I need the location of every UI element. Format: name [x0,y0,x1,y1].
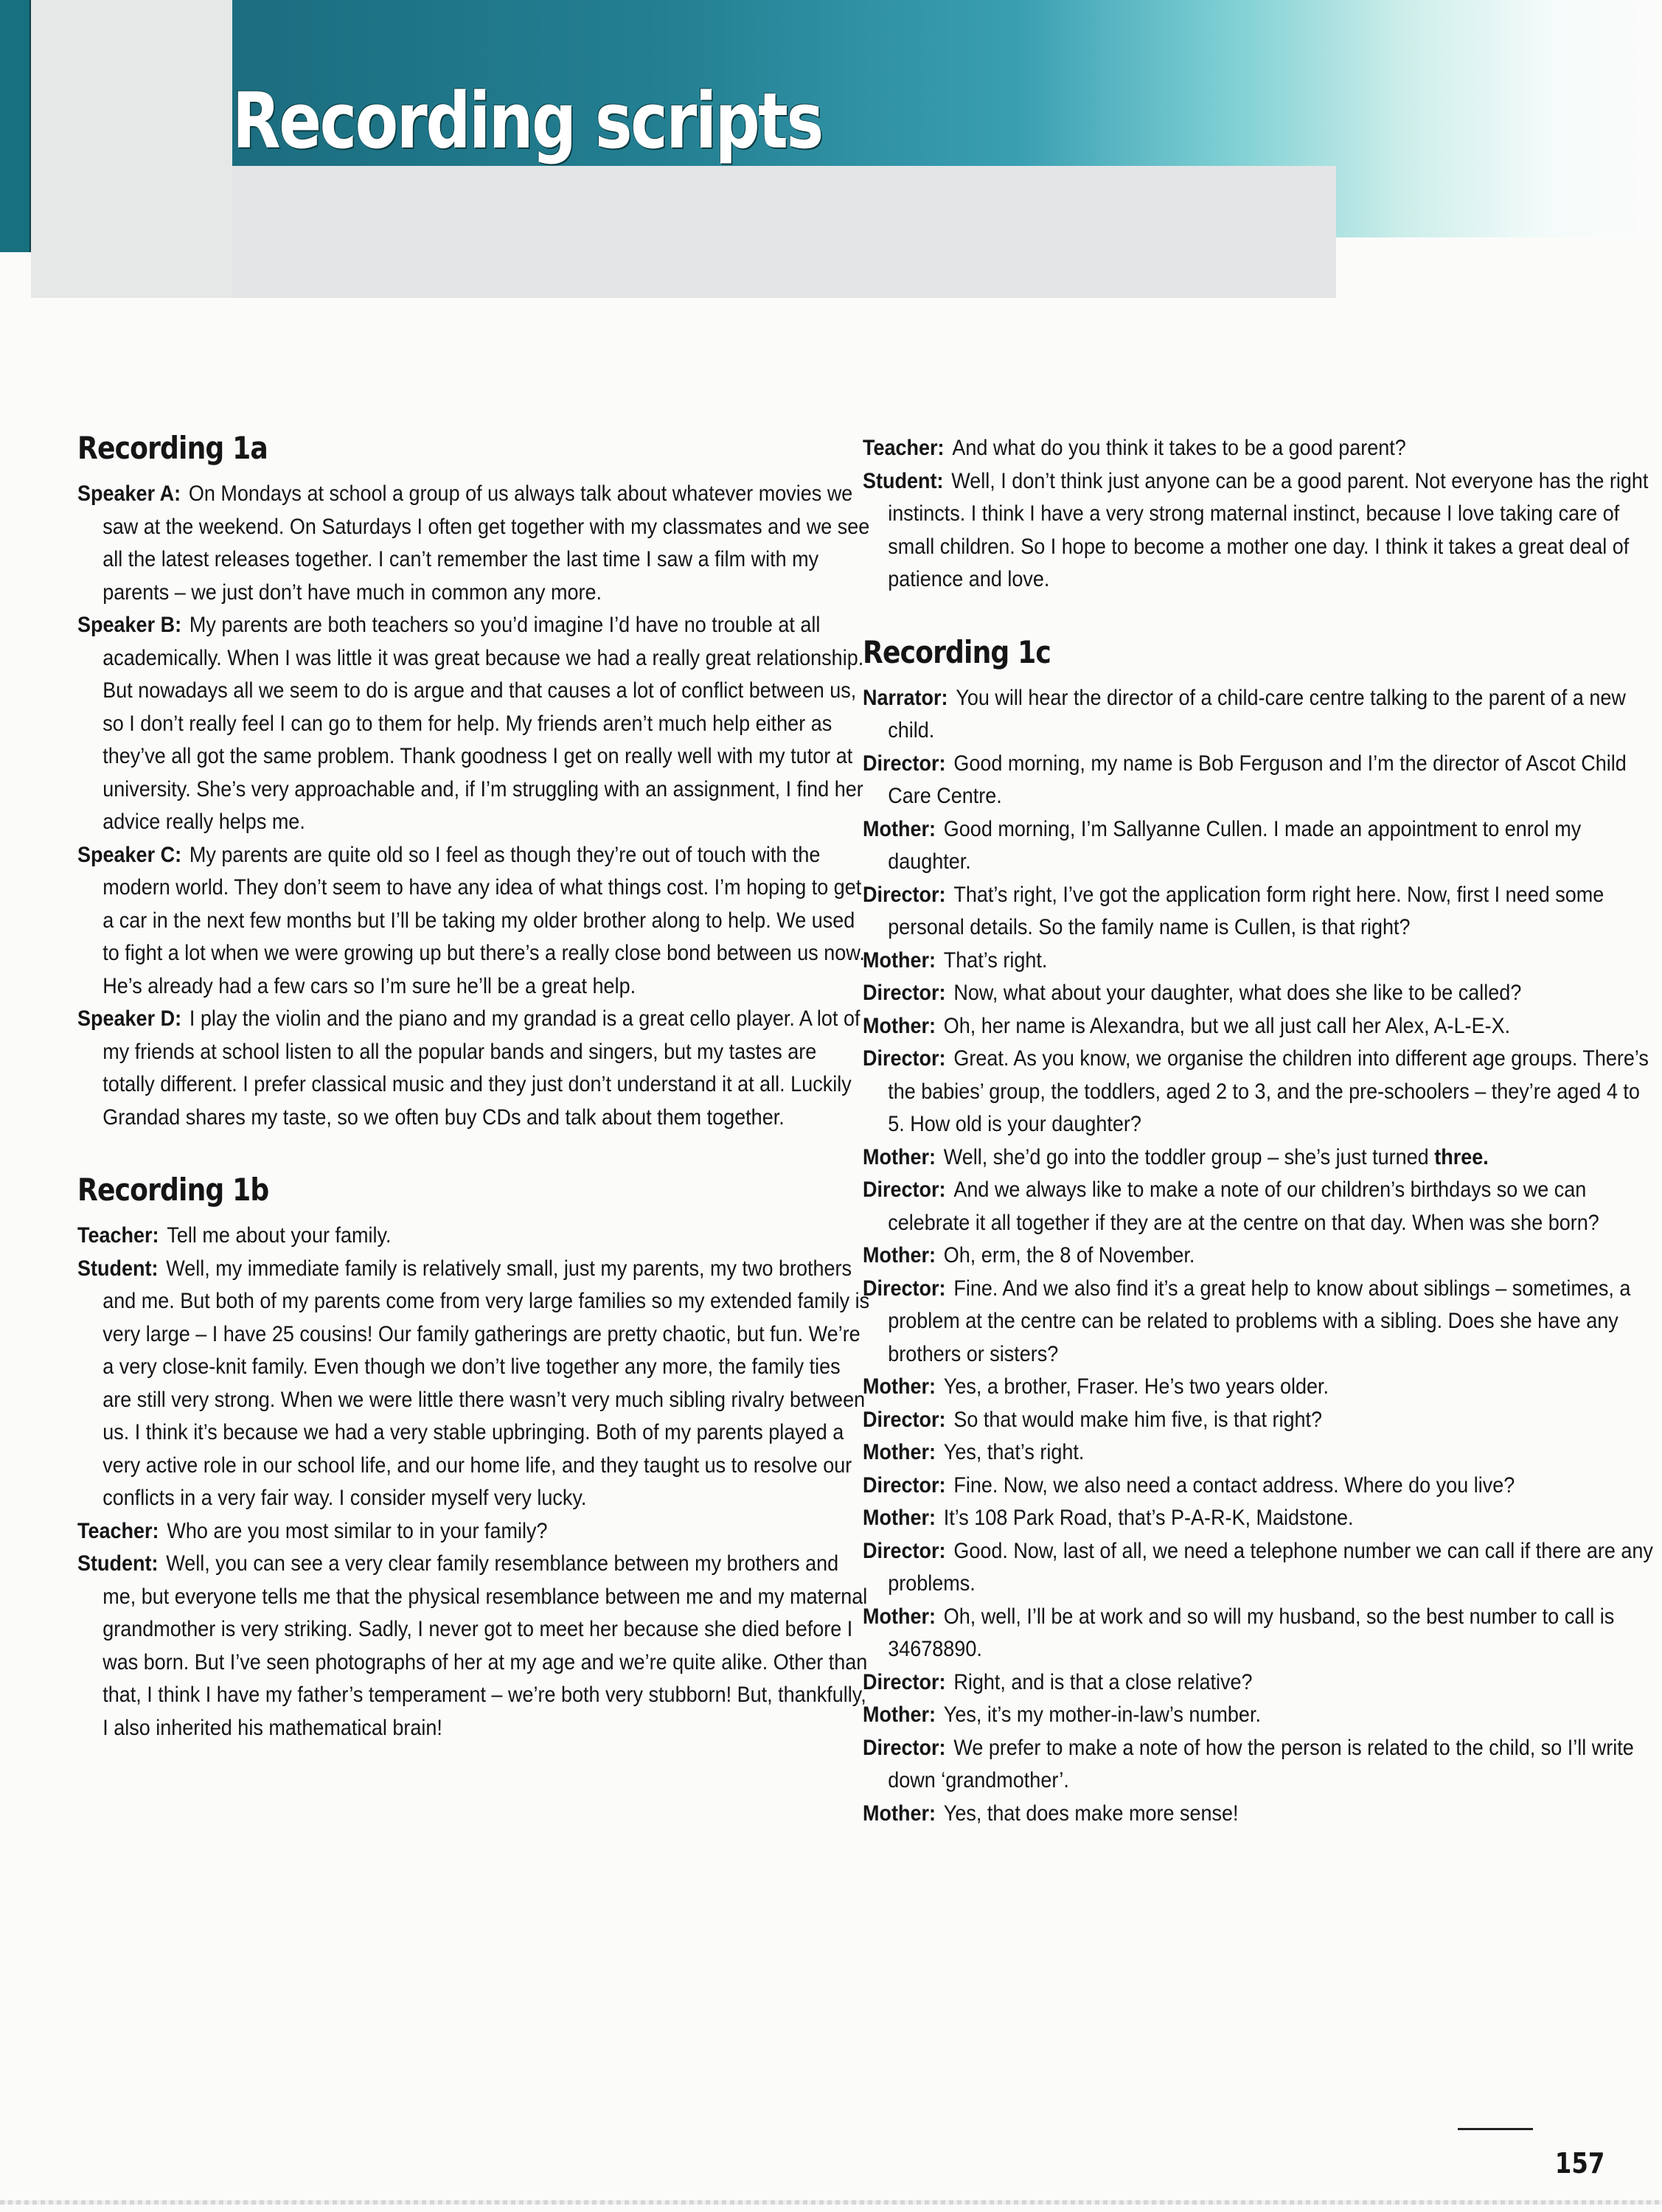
dialogue-turn: Director:Good. Now, last of all, we need… [863,1535,1658,1601]
header-lower-panel [232,166,1336,298]
speaker-label: Mother: [863,1801,936,1826]
speech-text: It’s 108 Park Road, that’s P-A-R-K, Maid… [944,1506,1354,1530]
speaker-label: Mother: [863,1374,936,1399]
page-title: Recording scripts [232,83,822,159]
speaker-label: Director: [863,1046,946,1071]
speaker-label: Mother: [863,1506,936,1530]
dialogue-turn: Mother:Yes, that’s right. [863,1436,1658,1470]
speech-text: Good morning, my name is Bob Ferguson an… [888,751,1627,809]
dialogue-turn: Director:Right, and is that a close rela… [863,1666,1658,1700]
dialogue-turn: Narrator:You will hear the director of a… [863,682,1658,748]
speaker-label: Mother: [863,1014,936,1038]
dialogue-turn: Director:Good morning, my name is Bob Fe… [863,748,1658,813]
speaker-label: Teacher: [77,1519,159,1543]
dialogue-turn: Student:Well, you can see a very clear f… [77,1548,873,1745]
speech-text: My parents are both teachers so you’d im… [102,613,863,834]
speech-text: And what do you think it takes to be a g… [952,436,1405,460]
speech-text: My parents are quite old so I feel as th… [102,843,865,998]
section-title: Recording 1b [77,1169,762,1211]
speaker-label: Speaker D: [77,1006,181,1031]
dialogue-turn: Student:Well, I don’t think just anyone … [863,465,1658,597]
speaker-label: Mother: [863,1703,936,1727]
dialogue-turn: Director:Fine. Now, we also need a conta… [863,1470,1658,1503]
dialogue-turn: Mother:Yes, that does make more sense! [863,1798,1658,1831]
speech-text: Well, she’d go into the toddler group – … [944,1145,1429,1169]
dialogue-turn: Mother:Oh, well, I’ll be at work and so … [863,1601,1658,1666]
speaker-label: Director: [863,1473,946,1498]
speaker-label: Student: [77,1551,158,1576]
speech-text: Oh, erm, the 8 of November. [944,1243,1195,1267]
speech-text: Good morning, I’m Sallyanne Cullen. I ma… [888,817,1581,874]
speaker-label: Speaker B: [77,613,181,637]
speech-text: Yes, that does make more sense! [944,1801,1239,1826]
speech-text: I play the violin and the piano and my g… [102,1006,860,1130]
right-column: Teacher:And what do you think it takes t… [863,432,1659,1865]
dialogue-turn: Director:And we always like to make a no… [863,1174,1658,1239]
speech-text: Now, what about your daughter, what does… [953,981,1521,1005]
header-accent-strip [0,0,31,252]
section-recording-1b-continued: Teacher:And what do you think it takes t… [863,432,1659,597]
speaker-label: Director: [863,883,946,907]
dialogue-turn: Teacher:Who are you most similar to in y… [77,1515,873,1548]
speaker-label: Mother: [863,1243,936,1267]
section-title: Recording 1a [77,428,762,469]
speaker-label: Teacher: [77,1223,159,1248]
speaker-label: Mother: [863,948,936,973]
emphasis-text: three. [1434,1145,1489,1169]
section-recording-1b: Recording 1b Teacher:Tell me about your … [77,1169,874,1745]
page-number-rule [1458,2128,1533,2130]
speaker-label: Director: [863,1408,946,1432]
speech-text: You will hear the director of a child-ca… [888,686,1626,743]
speech-text: Yes, it’s my mother-in-law’s number. [944,1703,1261,1727]
speech-text: Who are you most similar to in your fami… [167,1519,547,1543]
section-recording-1c: Recording 1c Narrator:You will hear the … [863,632,1659,1831]
speaker-label: Student: [77,1256,158,1281]
dialogue-turn: Director:That’s right, I’ve got the appl… [863,879,1658,945]
speaker-label: Narrator: [863,686,948,710]
dialogue-turn: Mother:Oh, her name is Alexandra, but we… [863,1010,1658,1043]
speaker-label: Mother: [863,1604,936,1629]
page-number: 157 [1555,2147,1604,2180]
dialogue-turn: Student:Well, my immediate family is rel… [77,1253,873,1515]
dialogue-turn: Director:So that would make him five, is… [863,1404,1658,1437]
speech-text: Yes, that’s right. [944,1440,1085,1464]
dialogue-turn: Speaker B:My parents are both teachers s… [77,609,873,839]
section-recording-1a: Recording 1a Speaker A:On Mondays at sch… [77,428,874,1134]
speaker-label: Director: [863,1276,946,1301]
speaker-label: Director: [863,1736,946,1760]
speech-text: So that would make him five, is that rig… [953,1408,1322,1432]
section-title: Recording 1c [863,632,1548,673]
dialogue-list: Narrator:You will hear the director of a… [863,682,1658,1831]
dialogue-turn: Director:Fine. And we also find it’s a g… [863,1273,1658,1371]
speech-text: Tell me about your family. [167,1223,391,1248]
speech-text: Oh, her name is Alexandra, but we all ju… [944,1014,1510,1038]
dialogue-turn: Mother:That’s right. [863,945,1658,978]
speech-text: Well, my immediate family is relatively … [102,1256,869,1511]
dialogue-turn: Director:Great. As you know, we organise… [863,1043,1658,1141]
dialogue-turn: Teacher:And what do you think it takes t… [863,432,1658,465]
speech-text: Great. As you know, we organise the chil… [888,1046,1649,1136]
dialogue-turn: Mother:Yes, it’s my mother-in-law’s numb… [863,1699,1658,1732]
dialogue-turn: Mother:Yes, a brother, Fraser. He’s two … [863,1371,1658,1404]
speech-text: We prefer to make a note of how the pers… [888,1736,1634,1793]
speech-text: Well, I don’t think just anyone can be a… [888,469,1648,592]
speech-text: Oh, well, I’ll be at work and so will my… [888,1604,1614,1662]
speaker-label: Teacher: [863,436,945,460]
speech-text: That’s right, I’ve got the application f… [888,883,1604,940]
speaker-label: Speaker C: [77,843,181,867]
dialogue-turn: Mother:Well, she’d go into the toddler g… [863,1141,1658,1175]
scan-edge [0,2200,1662,2205]
speech-text: Well, you can see a very clear family re… [102,1551,867,1740]
speech-text: That’s right. [944,948,1048,973]
speaker-label: Director: [863,981,946,1005]
speech-text: And we always like to make a note of our… [888,1178,1599,1235]
dialogue-turn: Speaker A:On Mondays at school a group o… [77,478,873,609]
speech-text: On Mondays at school a group of us alway… [102,481,869,605]
speaker-label: Student: [863,469,943,493]
speech-text: Yes, a brother, Fraser. He’s two years o… [944,1374,1329,1399]
left-column: Recording 1a Speaker A:On Mondays at sch… [77,428,874,1780]
speech-text: Fine. Now, we also need a contact addres… [953,1473,1515,1498]
dialogue-turn: Mother:It’s 108 Park Road, that’s P-A-R-… [863,1502,1658,1535]
speaker-label: Director: [863,1539,946,1563]
speech-text: Good. Now, last of all, we need a teleph… [888,1539,1653,1596]
speaker-label: Director: [863,751,946,776]
speech-text: Right, and is that a close relative? [953,1670,1252,1694]
speaker-label: Mother: [863,817,936,841]
dialogue-turn: Director:We prefer to make a note of how… [863,1732,1658,1798]
speech-text: Fine. And we also find it’s a great help… [888,1276,1630,1366]
speaker-label: Director: [863,1178,946,1202]
speaker-label: Speaker A: [77,481,181,506]
dialogue-turn: Speaker D:I play the violin and the pian… [77,1003,873,1134]
dialogue-turn: Teacher:Tell me about your family. [77,1220,873,1253]
speaker-label: Mother: [863,1440,936,1464]
dialogue-turn: Speaker C:My parents are quite old so I … [77,839,873,1004]
speaker-label: Director: [863,1670,946,1694]
dialogue-turn: Mother:Oh, erm, the 8 of November. [863,1239,1658,1273]
dialogue-turn: Mother:Good morning, I’m Sallyanne Culle… [863,813,1658,879]
speaker-label: Mother: [863,1145,936,1169]
dialogue-turn: Director:Now, what about your daughter, … [863,977,1658,1010]
